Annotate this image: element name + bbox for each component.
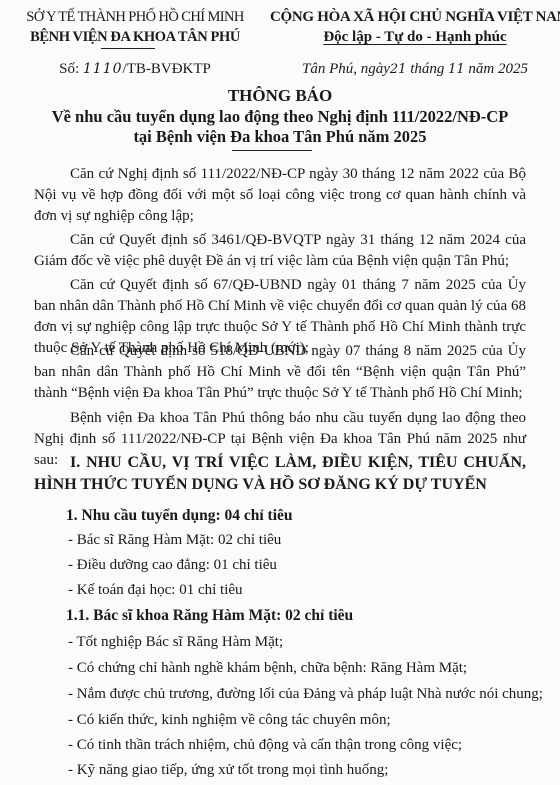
requirement-item: - Có chứng chỉ hành nghề khám bệnh, chữa… [68,660,467,677]
demand-heading: 1. Nhu cầu tuyển dụng: 04 chỉ tiêu [66,507,293,525]
document-subtitle-line-1: Về nhu cầu tuyển dụng lao động theo Nghị… [0,107,560,127]
header-divider-left [101,48,155,49]
demand-item: - Bác sĩ Răng Hàm Mặt: 02 chỉ tiêu [68,532,281,549]
preamble-paragraph-4: Căn cứ Quyết định số 518/QĐ-UBND ngày 07… [34,341,526,404]
doc-no-suffix: /TB-BVĐKTP [123,61,211,77]
year-text: năm 2025 [468,61,528,77]
preamble-paragraph-2: Căn cứ Quyết định số 3461/QĐ-BVQTP ngày … [34,230,526,272]
requirement-item: - Có tinh thần trách nhiệm, chủ động và … [68,737,462,754]
document-subtitle-line-2: tại Bệnh viện Đa khoa Tân Phú năm 2025 [0,127,560,147]
preamble-paragraph-1: Căn cứ Nghị định số 111/2022/NĐ-CP ngày … [34,164,526,227]
agency-name: SỞ Y TẾ THÀNH PHỐ HỒ CHÍ MINH [0,9,270,26]
national-motto: Độc lập - Tự do - Hạnh phúc [270,29,560,46]
hospital-name: BỆNH VIỆN ĐA KHOA TÂN PHÚ [0,29,270,46]
requirement-item: - Tốt nghiệp Bác sĩ Răng Hàm Mặt; [68,634,283,651]
title-divider [232,150,312,151]
nation-title: CỘNG HÒA XÃ HỘI CHỦ NGHĨA VIỆT NAM [270,9,560,26]
subsection-heading: 1.1. Bác sĩ khoa Răng Hàm Mặt: 02 chỉ ti… [66,607,353,625]
place-date: Tân Phú, ngày21 tháng 11 năm 2025 [270,61,560,78]
month-handwritten: 11 [448,62,465,77]
doc-no-handwritten: 1110 [83,61,123,77]
doc-no-label: Số: [59,61,79,77]
requirement-item: - Kỹ năng giao tiếp, ứng xử tốt trong mọ… [68,762,388,779]
requirement-item: - Nắm được chủ trương, đường lối của Đản… [68,686,543,703]
section-1-heading: I. NHU CẦU, VỊ TRÍ VIỆC LÀM, ĐIỀU KIỆN, … [34,452,526,496]
month-label: tháng [410,61,444,77]
place-prefix: Tân Phú, ngày [302,61,390,77]
day-handwritten: 21 [390,62,407,77]
demand-item: - Điều dưỡng cao đẳng: 01 chỉ tiêu [68,557,277,574]
document-number: Số: 1110/TB-BVĐKTP [0,61,270,78]
document-title: THÔNG BÁO [0,86,560,106]
demand-item: - Kế toán đại học: 01 chỉ tiêu [68,582,243,599]
requirement-item: - Có kiến thức, kinh nghiệm về công tác … [68,712,391,729]
